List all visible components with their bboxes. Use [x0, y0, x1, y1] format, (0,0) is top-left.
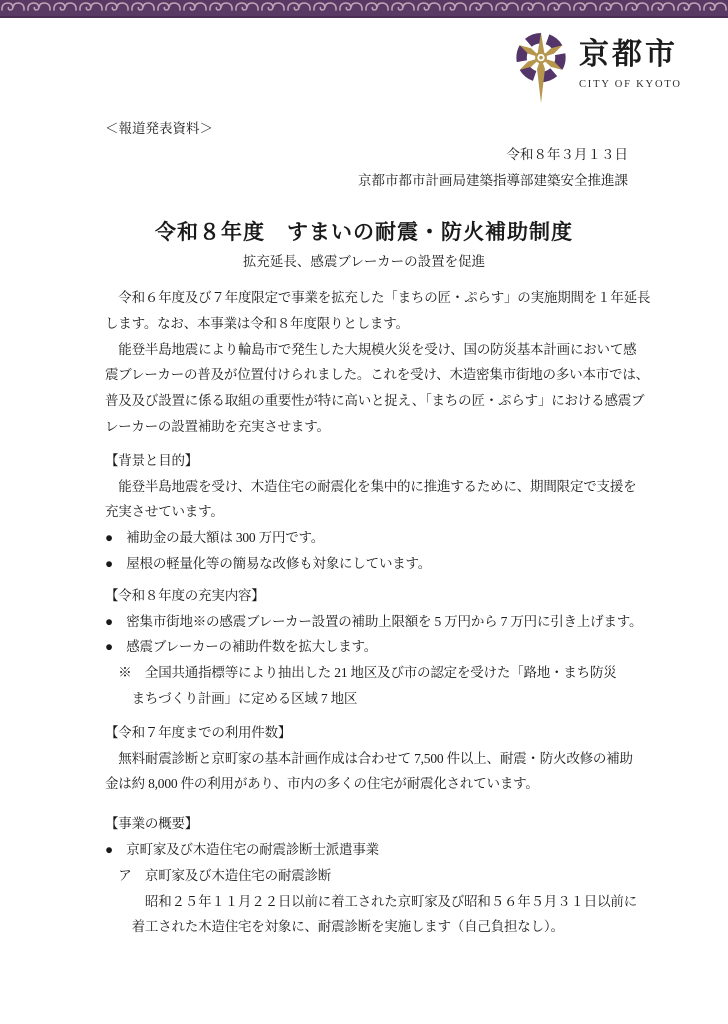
- body-line: 無料耐震診断と京町家の基本計画作成は合わせて 7,500 件以上、耐震・防火改修…: [105, 746, 630, 772]
- footnote-line: ※ 全国共通指標等により抽出した 21 地区及び市の認定を受けた「路地・まち防災: [105, 660, 630, 686]
- logo-city-name: 京都市: [579, 38, 682, 72]
- document-subtitle: 拡充延長、感震ブレーカーの設置を促進: [0, 249, 728, 275]
- bullet-item: ● 感震ブレーカーの補助件数を拡大します。: [105, 634, 630, 660]
- section-heading: 【背景と目的】: [105, 448, 630, 474]
- logo-city-name-en: CITY OF KYOTO: [579, 79, 682, 90]
- release-date: 令和８年３月１３日: [105, 142, 628, 168]
- logo-text-block: 京都市 CITY OF KYOTO: [579, 32, 682, 90]
- bullet-item: ● 補助金の最大額は 300 万円です。: [105, 525, 630, 551]
- body-line: ア 京町家及び木造住宅の耐震診断: [105, 863, 630, 889]
- section-usage-count: 【令和７年度までの利用件数】 無料耐震診断と京町家の基本計画作成は合わせて 7,…: [105, 720, 630, 797]
- body-line: 昭和２５年１１月２２日以前に着工された京町家及び昭和５６年５月３１日以前に: [105, 889, 630, 915]
- body-line: 金は約 8,000 件の利用があり、市内の多くの住宅が耐震化されています。: [105, 771, 630, 797]
- issuing-department: 京都市都市計画局建築指導部建築安全推進課: [105, 168, 628, 194]
- document-body: 令和６年度及び７年度限定で事業を拡充した「まちの匠・ぷらす」の実施期間を１年延長…: [105, 285, 630, 940]
- document-header: ＜報道発表資料＞ 令和８年３月１３日 京都市都市計画局建築指導部建築安全推進課: [105, 116, 628, 194]
- section-heading: 【令和７年度までの利用件数】: [105, 720, 630, 746]
- intro-line: 能登半島地震により輪島市で発生した大規模火災を受け、国の防災基本計画において感: [105, 337, 630, 363]
- intro-line: 令和６年度及び７年度限定で事業を拡充した「まちの匠・ぷらす」の実施期間を１年延長: [105, 285, 630, 311]
- document-title: 令和８年度 すまいの耐震・防火補助制度: [0, 215, 728, 249]
- section-background-purpose: 【背景と目的】 能登半島地震を受け、木造住宅の耐震化を集中的に推進するために、期…: [105, 448, 630, 577]
- kyoto-city-logo: 京都市 CITY OF KYOTO: [512, 32, 682, 104]
- bullet-item: ● 屋根の軽量化等の簡易な改修も対象にしています。: [105, 551, 630, 577]
- intro-line: 震ブレーカーの普及が位置付けられました。これを受け、木造密集市街地の多い本市では…: [105, 362, 630, 388]
- intro-line: します。なお、本事業は令和８年度限りとします。: [105, 311, 630, 337]
- intro-paragraph: 令和６年度及び７年度限定で事業を拡充した「まちの匠・ぷらす」の実施期間を１年延長…: [105, 285, 630, 440]
- press-release-label: ＜報道発表資料＞: [105, 116, 628, 142]
- document-page: 京都市 CITY OF KYOTO ＜報道発表資料＞ 令和８年３月１３日 京都市…: [0, 0, 728, 1024]
- bullet-item: ● 密集市街地※の感震ブレーカー設置の補助上限額を 5 万円から 7 万円に引き…: [105, 609, 630, 635]
- intro-line: レーカーの設置補助を充実させます。: [105, 414, 630, 440]
- body-line: 充実させています。: [105, 499, 630, 525]
- section-fy8-enhancements: 【令和８年度の充実内容】 ● 密集市街地※の感震ブレーカー設置の補助上限額を 5…: [105, 583, 630, 712]
- section-project-overview: 【事業の概要】 ● 京町家及び木造住宅の耐震診断士派遣事業 ア 京町家及び木造住…: [105, 811, 630, 940]
- body-line: 着工された木造住宅を対象に、耐震診断を実施します（自己負担なし）。: [105, 914, 630, 940]
- bullet-item: ● 京町家及び木造住宅の耐震診断士派遣事業: [105, 837, 630, 863]
- section-heading: 【事業の概要】: [105, 811, 630, 837]
- decorative-top-border: [0, 0, 728, 18]
- footnote-line: まちづくり計画」に定める区域 7 地区: [105, 686, 630, 712]
- intro-line: 普及及び設置に係る取組の重要性が特に高いと捉え、「まちの匠・ぷらす」における感震…: [105, 388, 630, 414]
- section-heading: 【令和８年度の充実内容】: [105, 583, 630, 609]
- body-line: 能登半島地震を受け、木造住宅の耐震化を集中的に推進するために、期間限定で支援を: [105, 474, 630, 500]
- kyoto-city-emblem-icon: [512, 32, 570, 104]
